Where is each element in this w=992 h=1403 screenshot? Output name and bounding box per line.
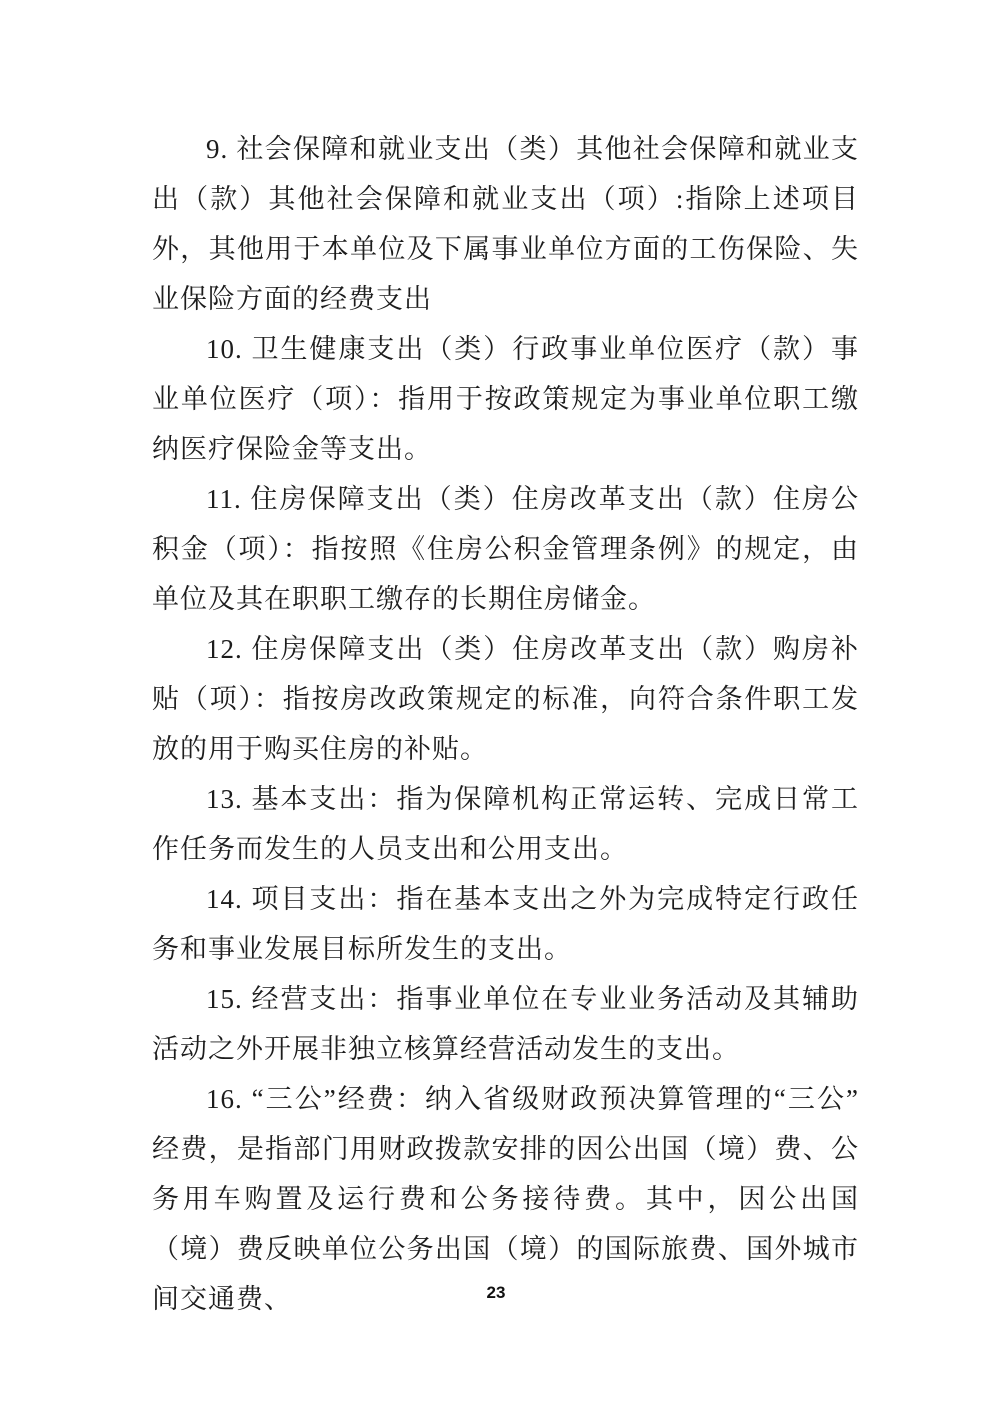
paragraph: 13. 基本支出：指为保障机构正常运转、完成日常工作任务而发生的人员支出和公用支… (152, 774, 859, 874)
paragraph: 9. 社会保障和就业支出（类）其他社会保障和就业支出（款）其他社会保障和就业支出… (152, 124, 859, 324)
document-page: 9. 社会保障和就业支出（类）其他社会保障和就业支出（款）其他社会保障和就业支出… (0, 0, 992, 1403)
paragraph: 11. 住房保障支出（类）住房改革支出（款）住房公积金（项）：指按照《住房公积金… (152, 474, 859, 624)
paragraph: 15. 经营支出：指事业单位在专业业务活动及其辅助活动之外开展非独立核算经营活动… (152, 974, 859, 1074)
page-number: 23 (0, 1283, 992, 1303)
paragraph: 12. 住房保障支出（类）住房改革支出（款）购房补贴（项）：指按房改政策规定的标… (152, 624, 859, 774)
document-body: 9. 社会保障和就业支出（类）其他社会保障和就业支出（款）其他社会保障和就业支出… (152, 124, 859, 1324)
paragraph: 10. 卫生健康支出（类）行政事业单位医疗（款）事业单位医疗（项）：指用于按政策… (152, 324, 859, 474)
paragraph: 14. 项目支出：指在基本支出之外为完成特定行政任务和事业发展目标所发生的支出。 (152, 874, 859, 974)
